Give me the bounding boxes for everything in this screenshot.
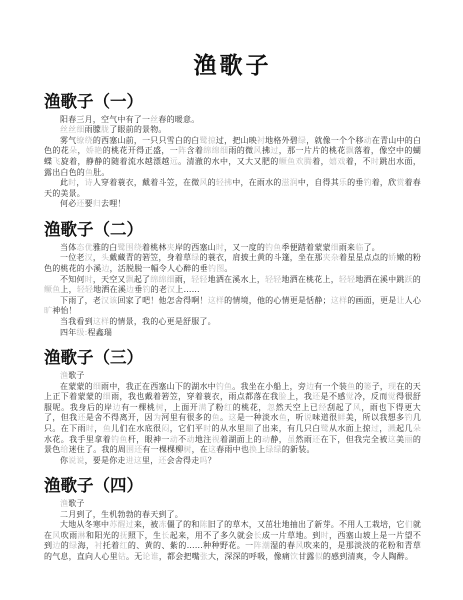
text-segment-faded: 鹭掠 [200, 136, 216, 145]
text-segment-faded: 细 [103, 392, 111, 401]
text-segment: 的 [208, 178, 216, 187]
paragraph: 当体态优雅的白鹭围绕着桃林夹岸的西塞山时，又一度的钓鱼季便踏着蒙蒙细雨来临了。 [44, 243, 421, 254]
text-segment: 的情境，他的心情更是恬静； [224, 296, 331, 305]
section-heading: 渔歌子（二） [44, 220, 421, 240]
text-segment-faded: 说说 [68, 456, 84, 465]
text-segment: ，要是你走 [85, 456, 126, 465]
text-segment: 子， [372, 382, 388, 391]
text-segment: 。我坐在小船上，旁 [232, 382, 306, 391]
text-segment: 你 [60, 456, 68, 465]
text-segment-faded: 飘 [126, 275, 134, 284]
text-segment-faded: 缭绕 [76, 136, 92, 145]
text-segment: 的蓑衣，肩披土黄的斗篷，坐在那 [200, 253, 323, 262]
text-segment: 含着 [187, 146, 204, 155]
text-segment: 来，被 [134, 520, 159, 529]
text-segment: ， [76, 178, 84, 187]
text-segment: 了眼前的景物。 [109, 125, 166, 134]
section-heading: 渔歌子（三） [44, 348, 421, 368]
text-segment-faded: 钓 [404, 413, 412, 422]
text-segment: 何必 [60, 199, 76, 208]
text-segment-faded: 风 [199, 178, 207, 187]
text-segment: 的、黄的、紫的……种种野花。一 [128, 541, 254, 550]
text-segment: ， [78, 146, 86, 155]
text-segment-faded: 绵绵细 [150, 275, 175, 284]
text-segment-faded: 淋 [78, 531, 86, 540]
text-segment: 的西塞山前，一只只雪白的白 [93, 136, 200, 145]
text-segment: 。清澈的水中，又大又肥的 [178, 157, 279, 166]
text-segment: 照下，生 [128, 531, 162, 540]
text-segment: 阳春三月，空气中有了一 [60, 115, 150, 124]
text-segment: 一位老 [60, 253, 85, 262]
text-segment: 美，所以我想多 [346, 413, 405, 422]
text-segment: 有一个装 [314, 382, 347, 391]
text-segment: 雨中，我正在西塞山下的湖水中 [101, 382, 216, 391]
paragraph: 一位老汉，头戴藏青的箬笠，身着草绿的蓑衣，肩披土黄的斗篷，坐在那夹杂着星星点点的… [44, 253, 421, 274]
text-segment-faded: 时 [85, 275, 93, 284]
text-segment-faded: 长 [254, 531, 262, 540]
paragraph: 何必还要归去哩！ [44, 199, 421, 210]
document-title: 渔歌子 [44, 52, 421, 82]
text-segment: 和阳光的 [86, 531, 120, 540]
text-segment: 从水面上掠 [329, 424, 371, 433]
text-segment-faded: 风 [52, 531, 60, 540]
text-segment: 地洒在溪 [93, 285, 126, 294]
text-segment: 当体 [60, 243, 76, 252]
text-segment-faded: 钓图 [208, 264, 224, 273]
text-segment-faded: 红 [224, 403, 233, 412]
text-segment-faded: 动 [364, 136, 372, 145]
paragraph: 此时，诗人穿着蓑衣，戴着斗笠，在微风的轻拂中，在雨水的滋润中，自得其乐的垂钓着，… [44, 178, 421, 199]
text-segment: 甘露 [298, 552, 314, 561]
text-segment-faded: 风 [254, 146, 262, 155]
text-segment-faded: 闷 [161, 424, 169, 433]
text-segment: 地注 [195, 435, 212, 444]
text-segment-faded: 绿 [191, 253, 199, 262]
text-segment: 去哩！ [101, 199, 126, 208]
text-segment: 的新装。 [282, 445, 315, 454]
text-segment: 海， [78, 541, 95, 550]
text-segment-faded: 赏 [396, 178, 404, 187]
text-segment: 大地从冬寒中 [60, 520, 109, 529]
text-segment: 肚。 [93, 168, 109, 177]
text-segment: 地格外碧 [265, 136, 298, 145]
text-segment-faded: 滋润 [281, 178, 297, 187]
text-segment-faded: 动 [187, 435, 195, 444]
text-segment-faded: 鱼 [212, 413, 220, 422]
paragraph: 丝丝细雨朦胧了眼前的景物。 [44, 125, 421, 136]
paragraph: 阳春三月，空气中有了一丝春的暖意。 [44, 115, 421, 126]
text-segment: 的老 [151, 285, 167, 294]
text-segment: 雨， [175, 275, 191, 284]
text-segment: 里， [142, 456, 158, 465]
text-segment-faded: 鱼 [279, 413, 287, 422]
text-segment: 。无 [126, 552, 142, 561]
text-segment: 下雨了，老 [60, 296, 101, 305]
text-segment: 的 [413, 275, 421, 284]
paragraph: 渔歌子 [44, 371, 421, 382]
section-body: 渔歌子二月到了，生机勃勃的春天到了。大地从冬寒中苏醒过来，被冻僵了的和陈旧了的草… [44, 499, 421, 563]
text-segment: 地洒在溪水上， [208, 275, 265, 284]
text-segment-faded: 进这 [126, 456, 142, 465]
text-segment-faded: 绿 [69, 541, 77, 550]
text-segment: ，上面开 [164, 403, 198, 412]
text-segment-faded: 夹 [167, 243, 175, 252]
text-segment-faded: 钓鱼 [265, 243, 281, 252]
paragraph: 四年级:程鑫瑞 [44, 328, 421, 339]
text-segment-faded: 钓 [142, 285, 150, 294]
section-heading: 渔歌子（四） [44, 476, 421, 496]
text-segment: 歌子 [68, 499, 84, 508]
text-segment-faded: 脸 [279, 392, 287, 401]
text-segment: 冷，反而 [354, 392, 388, 401]
text-segment: 着湖面上的 [220, 435, 262, 444]
text-segment-faded: 篓 [364, 382, 372, 391]
document-page: 渔歌子 渔歌子（一） 阳春三月，空气中有了一丝春的暖意。丝丝细雨朦胧了眼前的景物… [0, 0, 463, 563]
text-segment-faded: 红 [120, 541, 128, 550]
paragraph: 二月到了，生机勃勃的春天到了。 [44, 510, 421, 521]
text-segment-faded: 时 [203, 424, 211, 433]
text-segment-faded: 细 [331, 243, 339, 252]
text-segment: 味道很 [312, 413, 337, 422]
text-segment: 不知何 [60, 275, 85, 284]
paragraph: 渔歌子 [44, 499, 421, 510]
text-segment: 地洒在溪中跳 [355, 275, 404, 284]
text-segment: ，它们平 [170, 424, 204, 433]
text-segment: 过，把山映 [216, 136, 257, 145]
text-segment-faded: 鳜鱼欢腾 [279, 157, 313, 166]
text-segment: 的画面，更是 [347, 296, 396, 305]
text-segment-faded: 鳜鱼 [44, 285, 60, 294]
text-segment-faded: 轻轻 [265, 275, 281, 284]
text-segment: 然天空上已 [276, 403, 319, 412]
text-segment-faded: 还 [312, 435, 320, 444]
text-segment-faded: 还 [158, 456, 166, 465]
text-segment-faded: 朵 [69, 146, 77, 155]
text-segment-faded: 胧 [101, 125, 109, 134]
text-segment: 在蒙蒙的 [60, 382, 93, 391]
text-segment-faded: 绿 [298, 136, 306, 145]
text-segment-faded: 虽 [287, 435, 295, 444]
text-segment-faded: 汉该 [101, 296, 117, 305]
text-segment: 儿们在水底很 [111, 424, 161, 433]
section-heading: 渔歌子（一） [44, 92, 421, 112]
text-segment: 然雨 [296, 435, 313, 444]
text-segment-faded: 经 [318, 403, 327, 412]
text-segment: 中，在雨水的 [232, 178, 281, 187]
text-segment-faded: 树 [156, 403, 165, 412]
text-segment: 雨，我也戴着箬笠，穿着蓑衣，雨点都落在我 [111, 392, 279, 401]
text-segment-faded: 这 [208, 445, 216, 454]
text-segment-faded: 丽 [404, 435, 412, 444]
text-segment: ， [379, 424, 387, 433]
text-segment: 了出来，有几只白 [254, 424, 321, 433]
text-segment: 了。 [363, 243, 379, 252]
text-segment: 人穿着蓑衣，戴着斗笠，在微 [93, 178, 200, 187]
text-segment-faded: 鹭围绕 [117, 243, 142, 252]
text-segment-faded: 飞 [52, 157, 60, 166]
text-segment-faded: 似 [315, 552, 323, 561]
text-segment-faded: 鱼 [103, 424, 111, 433]
section-body: 阳春三月，空气中有了一丝春的暖意。丝丝细雨朦胧了眼前的景物。雾气缭绕的西塞山前，… [44, 115, 421, 210]
text-segment-faded: 抚 [119, 531, 127, 540]
text-segment: 着桃林 [142, 243, 167, 252]
text-segment-faded: 蹦 [245, 424, 253, 433]
paragraph: 你说说，要是你走进这里，还会舍得走吗？ [44, 456, 421, 467]
text-segment: 静， [270, 435, 287, 444]
paragraph: 大地从冬寒中苏醒过来，被冻僵了的和陈旧了的草木，又茁壮地抽出了新芽。不用人工栽培… [44, 520, 421, 562]
text-segment: 四年 [60, 328, 76, 337]
text-segment: 当我看到 [60, 317, 93, 326]
text-segment-faded: 张 [200, 552, 208, 561]
text-segment: ，那一片片的桃花 [279, 146, 346, 155]
text-segment-faded: 忽 [267, 403, 276, 412]
text-segment: ，就像一个个移 [306, 136, 363, 145]
text-segment: 刮起了 [327, 403, 353, 412]
text-segment-faded: 这 [228, 413, 236, 422]
text-segment: 季便踏着蒙蒙 [281, 243, 330, 252]
text-segment: 了粉 [207, 403, 224, 412]
text-segment: 在下，但我完全被 [321, 435, 388, 444]
text-segment-faded: 渔 [60, 499, 68, 508]
text-segment-faded: 衬 [257, 136, 265, 145]
text-segment-faded: 朵 [413, 424, 421, 433]
text-segment: 河里有很多的 [161, 413, 211, 422]
text-segment: 回家了吧！他怎舍得啊！ [117, 296, 207, 305]
text-segment: 春雨中也 [216, 445, 249, 454]
text-segment-faded: 还 [76, 199, 84, 208]
text-segment: 上， [60, 285, 76, 294]
text-segment-faded: 给 [60, 445, 68, 454]
text-segment: 二月到了，生机勃勃的春天到了。 [60, 510, 183, 519]
text-segment-faded: 时 [321, 531, 329, 540]
text-segment-faded: 这 [388, 435, 396, 444]
text-segment-faded: 绵绵细 [203, 146, 228, 155]
text-segment: 雨朦 [85, 125, 101, 134]
text-segment: 戴藏青的箬笠，身着草 [109, 253, 191, 262]
text-segment-faded: 苏醒过 [109, 520, 134, 529]
text-segment-faded: 旷 [44, 306, 52, 315]
text-segment-faded: 时 [216, 243, 224, 252]
text-segment-faded: 乐 [339, 178, 347, 187]
text-segment-faded: 阵潮 [254, 541, 271, 550]
text-segment-faded: 汉 [85, 253, 93, 262]
text-segment: 会舍得走 [167, 456, 200, 465]
text-segment: 中，自得其 [298, 178, 339, 187]
text-segment-faded: 远 [170, 157, 178, 166]
text-segment: 湿的春 [270, 541, 295, 550]
text-segment-faded: 钓鱼 [216, 382, 232, 391]
text-segment-faded: 阵 [178, 146, 186, 155]
text-segment: 是一种淡水 [237, 413, 279, 422]
text-segment-faded: 论谁 [142, 552, 158, 561]
text-segment: 起了 [134, 275, 150, 284]
text-segment: 地洒在桃花上， [281, 275, 338, 284]
text-segment: 要 [85, 199, 93, 208]
text-segment-faded: 这样 [93, 317, 109, 326]
text-segment: ？ [208, 456, 216, 465]
text-segment-faded: 冻 [158, 520, 166, 529]
text-segment-faded: 细 [93, 382, 101, 391]
text-segment: 着星星点点的 [339, 253, 388, 262]
text-segment: 有一棵桃 [121, 403, 155, 412]
essay-section: 渔歌子（一） 阳春三月，空气中有了一丝春的暖意。丝丝细雨朦胧了眼前的景物。雾气缭… [44, 92, 421, 210]
text-segment: ， [93, 253, 101, 262]
text-segment: 神怡！ [52, 306, 77, 315]
text-segment: 起来，用不了多久就会 [170, 531, 254, 540]
paragraph: 不知何时，天空又飘起了绵绵细雨，轻轻地洒在溪水上，轻轻地洒在桃花上，轻轻地洒在溪… [44, 275, 421, 296]
text-segment-faded: 溅 [388, 424, 396, 433]
text-segment: ，都会把嘴 [159, 552, 200, 561]
text-segment: 旧了的草木，又茁壮地抽出了新芽。不用人工栽培，它 [208, 520, 405, 529]
paragraph: 当我看到这样的情景，我的心更是舒服了。 [44, 317, 421, 328]
text-segment-faded: 边 [126, 285, 134, 294]
text-segment-faded: 鱼 [85, 168, 93, 177]
text-segment: 托着 [103, 541, 120, 550]
text-segment-faded: 过 [270, 146, 278, 155]
text-segment: ， [94, 424, 102, 433]
text-segment: 不 [178, 435, 186, 444]
text-segment: ，听 [287, 413, 304, 422]
text-segment: 杆，眼神一 [128, 435, 170, 444]
text-segment: 着，不 [346, 157, 371, 166]
text-segment-faded: 态优 [76, 243, 92, 252]
text-segment-faded: 饮 [290, 552, 298, 561]
text-segment: 有一棵棵柳 [142, 445, 183, 454]
text-segment: 起几 [396, 424, 413, 433]
text-segment-faded: 轻轻 [191, 275, 207, 284]
text-segment-faded: 夹杂 [323, 253, 339, 262]
text-segment-faded: 满 [198, 403, 207, 412]
text-segment-faded: 诗 [85, 178, 93, 187]
text-segment: ，活脱脱一幅令人心醉的垂 [110, 264, 208, 273]
text-segment-faded: 鲜 [337, 413, 345, 422]
text-segment: 成一片草地。到 [262, 531, 321, 540]
text-segment: 迷住了。我的周 [69, 445, 126, 454]
essay-section: 渔歌子（四） 渔歌子二月到了，生机勃勃的春天到了。大地从冬寒中苏醒过来，被冻僵了… [44, 476, 421, 562]
text-segment: 的从水里 [212, 424, 246, 433]
text-segment-faded: 视 [212, 435, 220, 444]
text-segment-faded: 轻轻 [77, 285, 93, 294]
text-segment-faded: 衬 [94, 541, 102, 550]
text-segment: 的情景，我的心更是舒服了。 [109, 317, 216, 326]
text-segment: 人心 [405, 296, 421, 305]
text-segment-faded: 吗 [199, 456, 207, 465]
text-segment: 是舍不得离开，因 [86, 413, 153, 422]
text-segment: 着， [312, 157, 329, 166]
text-segment-faded: 让 [396, 296, 404, 305]
text-segment-faded: 轻轻 [339, 275, 355, 284]
text-segment: ，又一度的 [224, 243, 265, 252]
text-segment: 的桃花， [233, 403, 267, 412]
essay-section: 渔歌子（三） 渔歌子在蒙蒙的细雨中，我正在西塞山下的湖水中钓鱼。我坐在小船上，旁… [44, 348, 421, 466]
text-segment: 春的暖意。 [158, 115, 199, 124]
text-segment-faded: 说 [304, 413, 312, 422]
text-segment: 的 [61, 541, 69, 550]
text-segment: ，在 [192, 445, 208, 454]
text-segment-faded: 长 [161, 531, 169, 540]
text-segment: 僵了的和 [167, 520, 200, 529]
text-segment: 的桃花开得正盛，一 [103, 146, 178, 155]
text-segment-faded: 风 [295, 541, 303, 550]
paragraph: 雾气缭绕的西塞山前，一只只雪白的白鹭掠过，把山映衬地格外碧绿，就像一个个移动在青… [44, 136, 421, 178]
section-body: 渔歌子在蒙蒙的细雨中，我正在西塞山下的湖水中钓鱼。我坐在小船上，旁边有一个装鱼的… [44, 371, 421, 466]
text-segment-faded: 飘 [346, 146, 354, 155]
text-segment: 水花。我手里拿着 [44, 435, 111, 444]
text-segment-faded: 这样 [208, 296, 224, 305]
text-segment: 的 [355, 382, 363, 391]
text-segment-faded: 树 [183, 445, 191, 454]
text-segment: 。 [224, 264, 232, 273]
text-segment-faded: 鹭 [321, 424, 329, 433]
text-segment: 着，欣 [372, 178, 397, 187]
paragraph: 在蒙蒙的细雨中，我正在西塞山下的湖水中钓鱼。我坐在小船上，旁边有一个装鱼的篓子，… [44, 382, 421, 456]
text-segment: 是不感 [321, 392, 346, 401]
text-segment-faded: 钻 [118, 552, 126, 561]
text-segment-faded: 觉 [346, 392, 354, 401]
text-segment-faded: 绿绿 [265, 445, 281, 454]
text-segment-faded: 丝丝细 [60, 125, 85, 134]
sections-container: 渔歌子（一） 阳春三月，空气中有了一丝春的暖意。丝丝细雨朦胧了眼前的景物。雾气缭… [44, 92, 421, 563]
text-segment-faded: 娇艳 [86, 146, 103, 155]
text-segment-faded: 们 [405, 520, 413, 529]
text-segment: 岸的西塞山 [175, 243, 216, 252]
text-segment-faded: 陈 [200, 520, 208, 529]
text-segment: 上，我 [287, 392, 312, 401]
text-segment-faded: 边 [113, 403, 122, 412]
text-segment-faded: 钓鱼 [111, 435, 128, 444]
text-segment-faded: 这样 [331, 296, 347, 305]
section-body: 当体态优雅的白鹭围绕着桃林夹岸的西塞山时，又一度的钓鱼季便踏着蒙蒙细雨来临了。一… [44, 243, 421, 338]
text-segment: 上…… [175, 285, 200, 294]
text-segment: 雨来 [339, 243, 355, 252]
text-segment: 歌子 [68, 371, 84, 380]
text-segment-faded: 归 [93, 199, 101, 208]
text-segment-faded: 钓 [364, 178, 372, 187]
text-segment-faded: 还 [312, 392, 320, 401]
text-segment-faded: 动 [170, 435, 178, 444]
text-segment-faded: 嬉戏 [329, 157, 346, 166]
text-segment: 雨的微 [228, 146, 253, 155]
essay-section: 渔歌子（二） 当体态优雅的白鹭围绕着桃林夹岸的西塞山时，又一度的钓鱼季便踏着蒙蒙… [44, 220, 421, 338]
text-segment-faded: 觉 [388, 392, 396, 401]
text-segment-faded: 级: [76, 328, 87, 337]
text-segment: ，天空又 [93, 275, 126, 284]
text-segment-faded: 渔 [60, 371, 68, 380]
text-segment: 大，深深的呼吸，像痛 [208, 552, 290, 561]
text-segment-faded: 围还 [126, 445, 142, 454]
text-segment: 的感到清爽，令人陶醉。 [323, 552, 413, 561]
text-segment-faded: 边 [101, 264, 109, 273]
text-segment-faded: 边 [52, 541, 60, 550]
text-segment: 雅的白 [93, 243, 118, 252]
text-segment: 此 [60, 178, 68, 187]
text-segment: 的垂 [347, 178, 363, 187]
text-segment: 雾气 [60, 136, 76, 145]
text-segment: 旋着，静静的随着流水越漂越 [61, 157, 170, 166]
paragraph: 下雨了，老汉该回家了吧！他怎舍得啊！这样的情境，他的心情更是恬静；这样的画面，更… [44, 296, 421, 317]
text-segment: 程鑫瑞 [88, 328, 113, 337]
text-segment-faded: 还 [78, 413, 86, 422]
text-segment-faded: 跃 [405, 275, 413, 284]
text-segment: 吹雨 [61, 531, 78, 540]
text-segment-faded: 轻拂 [216, 178, 232, 187]
